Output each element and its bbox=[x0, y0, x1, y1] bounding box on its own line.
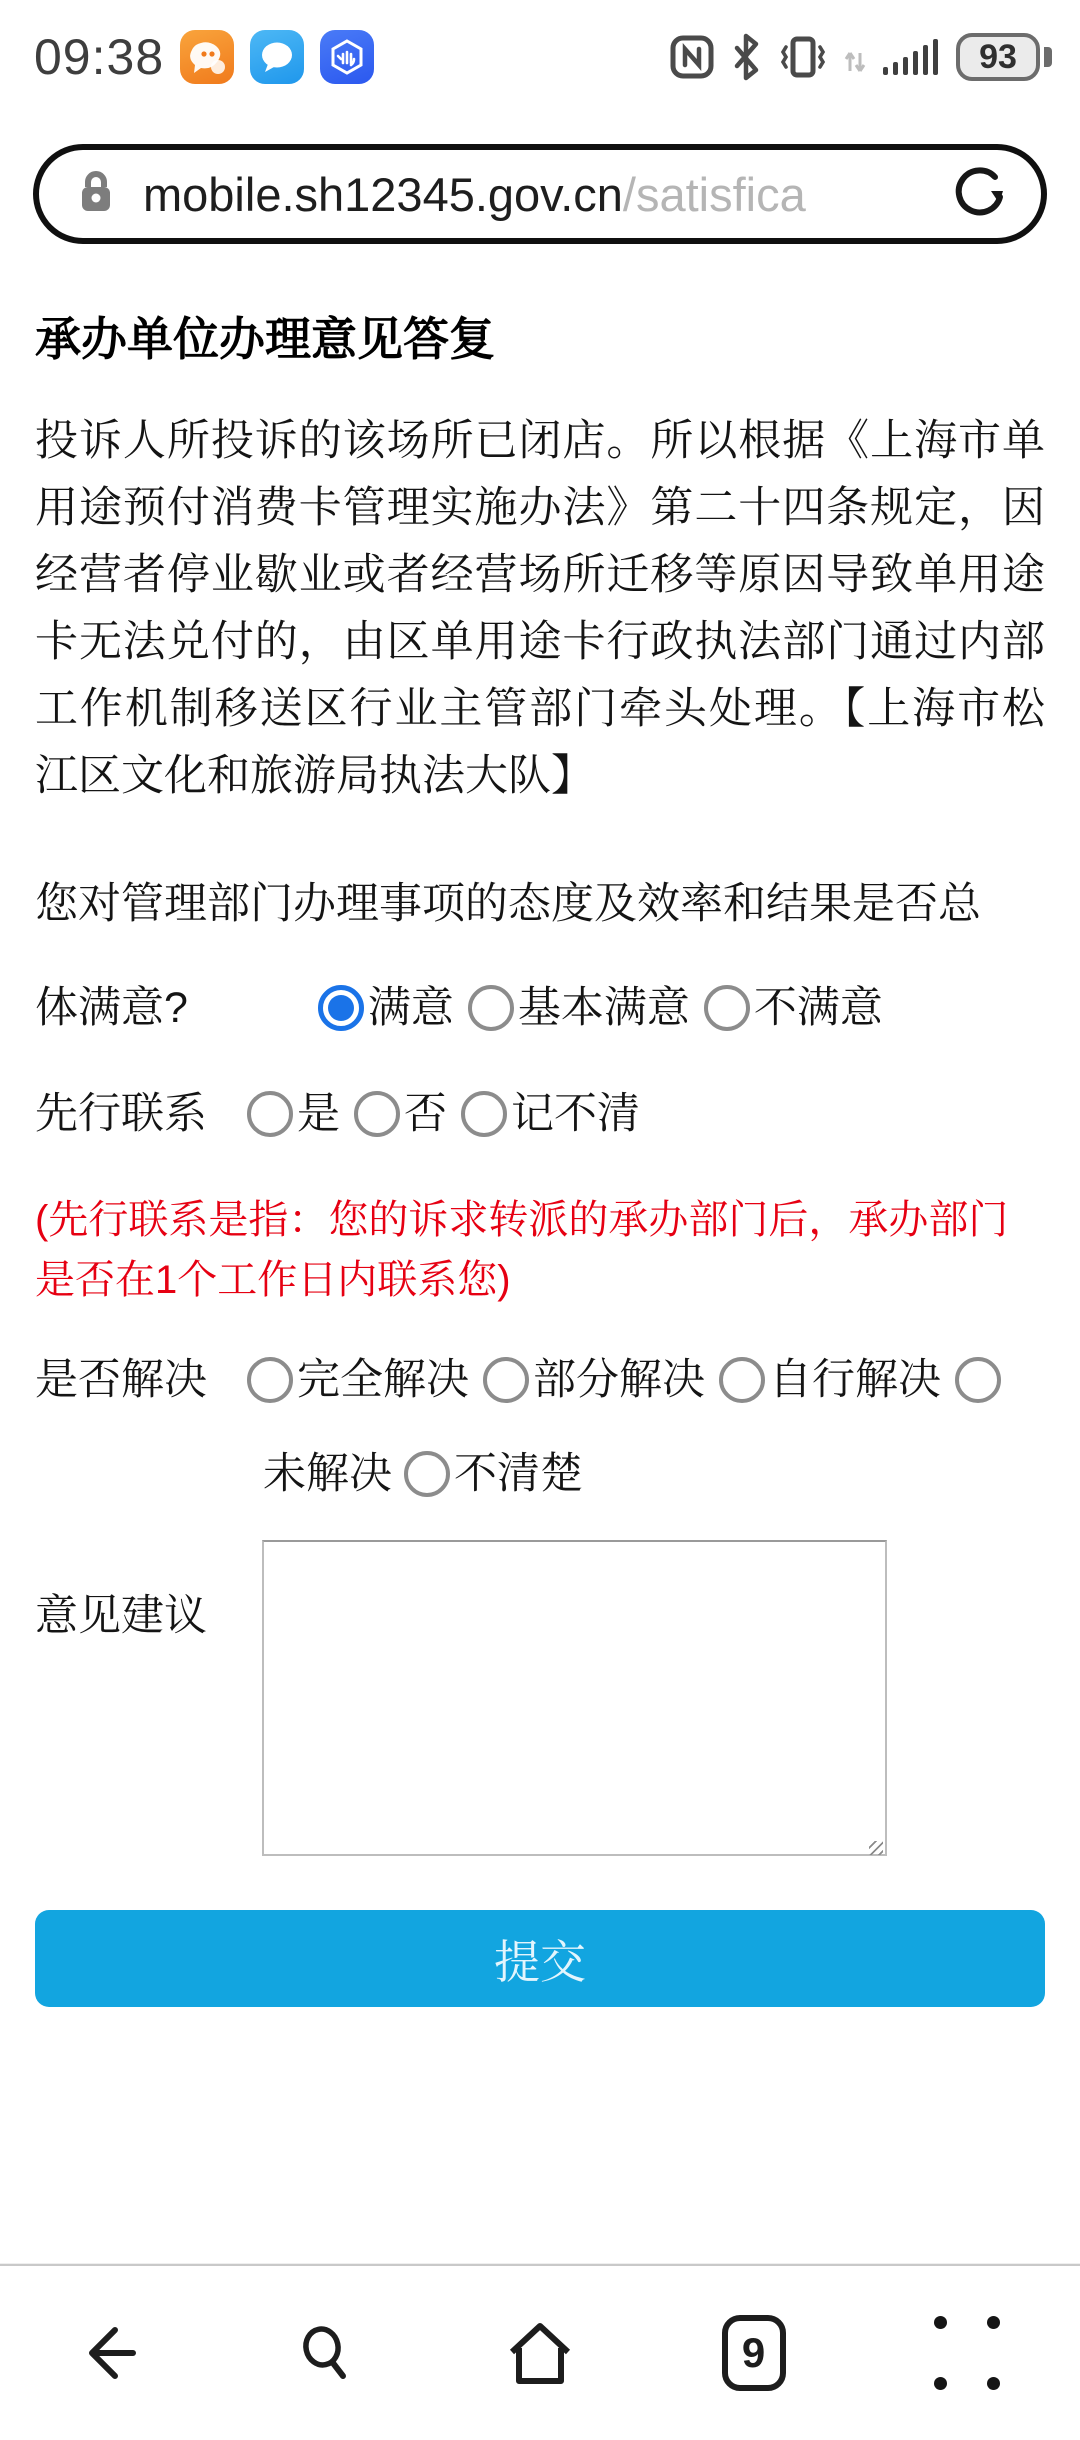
radio-icon[interactable] bbox=[468, 985, 514, 1031]
url-domain: mobile.sh12345.gov.cn bbox=[143, 168, 623, 221]
url-text[interactable]: mobile.sh12345.gov.cn/satisfica bbox=[143, 167, 951, 222]
satisfaction-options-row: 体满意? 满意 基本满意 不满意 bbox=[35, 978, 1045, 1038]
refresh-icon[interactable] bbox=[951, 161, 1013, 228]
radio-option-satisfied[interactable]: 满意 bbox=[318, 978, 454, 1038]
radio-icon[interactable] bbox=[404, 1451, 450, 1497]
lock-icon bbox=[75, 168, 117, 221]
tabs-button[interactable]: 9 bbox=[699, 2298, 809, 2408]
nfc-icon bbox=[667, 32, 717, 82]
radio-icon-unresolved[interactable] bbox=[955, 1357, 1001, 1403]
comment-row: 意见建议 bbox=[35, 1540, 1045, 1860]
reply-text: 投诉人所投诉的该场所已闭店。所以根据《上海市单用途预付消费卡管理实施办法》第二十… bbox=[35, 408, 1045, 810]
bluetooth-icon bbox=[730, 32, 764, 82]
radio-icon[interactable] bbox=[483, 1357, 529, 1403]
contact-note: (先行联系是指：您的诉求转派的承办部门后，承办部门是否在1个工作日内联系您) bbox=[35, 1190, 1045, 1310]
clock-time: 09:38 bbox=[34, 28, 164, 86]
satisfaction-question-line1: 您对管理部门办理事项的态度及效率和结果是否总 bbox=[35, 876, 1045, 932]
radio-option-fully-resolved[interactable]: 完全解决 bbox=[247, 1350, 469, 1410]
radio-label: 满意 bbox=[368, 978, 454, 1038]
radio-label: 不清楚 bbox=[454, 1444, 583, 1504]
radio-label: 否 bbox=[404, 1084, 447, 1144]
radio-icon[interactable] bbox=[247, 1357, 293, 1403]
radio-label: 记不清 bbox=[511, 1084, 640, 1144]
browser-nav-bar: 9 bbox=[0, 2264, 1080, 2440]
radio-label: 自行解决 bbox=[769, 1350, 941, 1410]
radio-option-yes[interactable]: 是 bbox=[247, 1084, 340, 1144]
resolved-question-label: 是否解决 bbox=[35, 1350, 207, 1410]
vibrate-icon bbox=[777, 32, 829, 82]
url-bar[interactable]: mobile.sh12345.gov.cn/satisfica bbox=[33, 144, 1047, 244]
messages-app-icon bbox=[250, 30, 304, 84]
home-button[interactable] bbox=[485, 2298, 595, 2408]
tab-count: 9 bbox=[742, 2329, 765, 2377]
radio-label-unresolved: 未解决 bbox=[263, 1444, 392, 1504]
radio-icon[interactable] bbox=[719, 1357, 765, 1403]
contact-question-label: 先行联系 bbox=[35, 1084, 207, 1144]
radio-option-partially-resolved[interactable]: 部分解决 bbox=[483, 1350, 705, 1410]
radio-icon[interactable] bbox=[354, 1091, 400, 1137]
chat-heart-app-icon bbox=[180, 30, 234, 84]
submit-button[interactable]: 提交 bbox=[35, 1910, 1045, 2007]
battery-icon: 93 bbox=[956, 33, 1052, 81]
radio-icon[interactable] bbox=[247, 1091, 293, 1137]
radio-label: 不满意 bbox=[754, 978, 883, 1038]
radio-label: 是 bbox=[297, 1084, 340, 1144]
radio-option-unsatisfied[interactable]: 不满意 bbox=[704, 978, 883, 1038]
radio-label: 完全解决 bbox=[297, 1350, 469, 1410]
radio-icon[interactable] bbox=[704, 985, 750, 1031]
permission-hand-app-icon bbox=[320, 30, 374, 84]
page-title: 承办单位办理意见答复 bbox=[35, 312, 1045, 366]
radio-option-no[interactable]: 否 bbox=[354, 1084, 447, 1144]
url-path: /satisfica bbox=[623, 168, 806, 221]
radio-option-basically-satisfied[interactable]: 基本满意 bbox=[468, 978, 690, 1038]
radio-label: 基本满意 bbox=[518, 978, 690, 1038]
radio-icon[interactable] bbox=[461, 1091, 507, 1137]
radio-label: 部分解决 bbox=[533, 1350, 705, 1410]
menu-dots-button[interactable] bbox=[912, 2298, 1022, 2408]
comment-label: 意见建议 bbox=[35, 1582, 207, 1643]
radio-option-self-resolved[interactable]: 自行解决 bbox=[719, 1350, 941, 1410]
menu-dots-icon bbox=[934, 2316, 1000, 2390]
resolved-options-row: 是否解决 完全解决 部分解决 自行解决 bbox=[35, 1350, 1045, 1410]
resize-handle-icon[interactable] bbox=[869, 1841, 883, 1855]
back-button[interactable] bbox=[58, 2298, 168, 2408]
data-arrows-icon bbox=[842, 37, 868, 77]
radio-option-dont-remember[interactable]: 记不清 bbox=[461, 1084, 640, 1144]
resolved-options-row-2: 未解决 不清楚 bbox=[263, 1444, 1045, 1504]
radio-selected-icon[interactable] bbox=[318, 985, 364, 1031]
satisfaction-question-line2: 体满意? bbox=[35, 978, 188, 1038]
search-button[interactable] bbox=[272, 2298, 382, 2408]
radio-option-unclear[interactable]: 不清楚 bbox=[404, 1444, 583, 1504]
signal-icon bbox=[881, 35, 943, 79]
contact-options-row: 先行联系 是 否 记不清 bbox=[35, 1084, 1045, 1144]
comment-textarea[interactable] bbox=[262, 1540, 887, 1856]
status-bar: 09:38 bbox=[0, 0, 1080, 92]
battery-percent: 93 bbox=[979, 38, 1017, 77]
